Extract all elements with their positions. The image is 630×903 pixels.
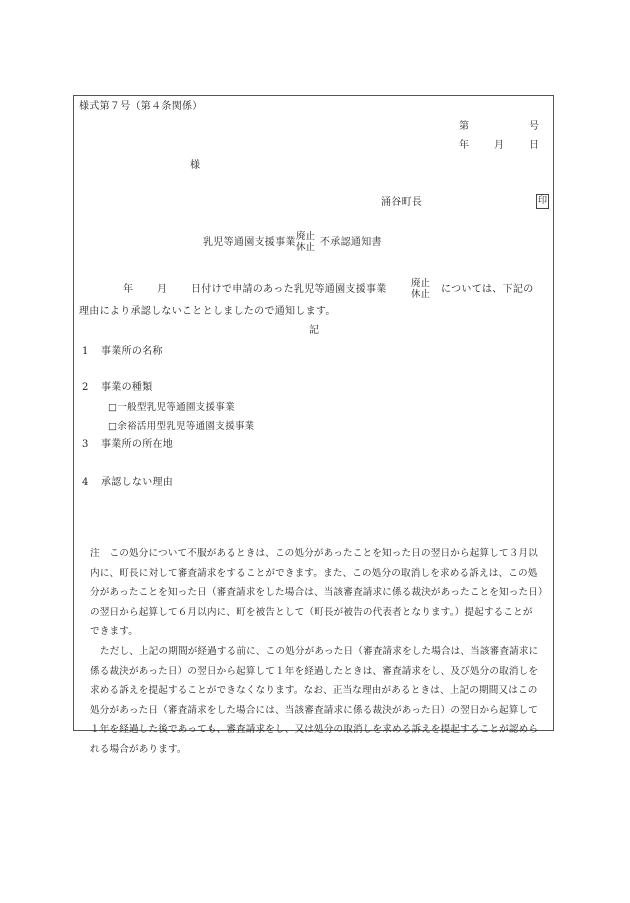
- item-2-label: 事業の種類: [101, 382, 153, 394]
- note-line: れる場合があります。: [90, 740, 550, 760]
- title-suffix: 不承認通知書: [320, 237, 382, 249]
- number-dai: 第: [459, 121, 469, 133]
- body-option-haishi: 廃止: [411, 278, 430, 289]
- date-year: 年: [459, 140, 469, 152]
- title-option-stack: 廃止 休止: [296, 231, 315, 253]
- note-line: 注 この処分について不服があるときは、この処分があったことを知った日の翌日から起…: [90, 544, 550, 564]
- issuer-name: 涌谷町長: [381, 197, 422, 209]
- body-text2: については、下記の: [441, 284, 534, 296]
- title-option-kyushi: 休止: [296, 242, 315, 253]
- item-3-num: 3: [82, 439, 89, 451]
- body-option-stack: 廃止 休止: [411, 278, 430, 300]
- title-option-haishi: 廃止: [296, 231, 315, 242]
- item-3-label: 事業所の所在地: [101, 439, 173, 451]
- item-1-label: 事業所の名称: [101, 346, 163, 358]
- note-line: 係る裁決があった日）の翌日から起算して１年を経過したときは、審査請求をし、及び処…: [90, 662, 550, 682]
- addressee-suffix: 様: [190, 160, 200, 172]
- appeal-notice: 注 この処分について不服があるときは、この処分があったことを知った日の翌日から起…: [90, 544, 550, 760]
- note-line: 処分があった日（審査請求をした場合には、当該審査請求に係る裁決があった日）の翌日…: [90, 701, 550, 721]
- checkbox-spare-capacity-type[interactable]: □余裕活用型乳児等通園支援事業: [108, 421, 254, 433]
- date-month: 月: [494, 140, 504, 152]
- note-line: 求める訴えを提起することができなくなります。なお、正当な理由があるときは、上記の…: [90, 681, 550, 701]
- note-line: の翌日から起算して６月以内に、町を被告として（町長が被告の代表者となります。）提…: [90, 603, 550, 623]
- number-go: 号: [529, 121, 539, 133]
- note-line: 分があったことを知った日（審査請求をした場合は、当該審査請求に係る裁決があったこ…: [90, 583, 550, 603]
- date-day: 日: [529, 140, 539, 152]
- checkbox-general-type[interactable]: □一般型乳児等通園支援事業: [108, 402, 235, 414]
- body-option-kyushi: 休止: [411, 289, 430, 300]
- body-year: 年: [123, 284, 133, 296]
- item-4-label: 承認しない理由: [101, 477, 173, 489]
- body-line2: 理由により承認しないこととしましたので通知します。: [79, 306, 336, 318]
- seal-stamp: 印: [536, 194, 549, 209]
- note-line: 内に、町長に対して審査請求をすることができます。また、この処分の取消しを求める訴…: [90, 564, 550, 584]
- item-1-num: 1: [82, 346, 89, 358]
- body-month: 月: [157, 284, 167, 296]
- note-line: できます。: [90, 622, 550, 642]
- note-line: ただし、上記の期間が経過する前に、この処分があった日（審査請求をした場合は、当該…: [90, 642, 550, 662]
- body-text1: 日付けで申請のあった乳児等通園支援事業: [191, 284, 387, 296]
- form-label: 様式第７号（第４条関係）: [79, 101, 203, 113]
- ki-heading: 記: [309, 325, 319, 337]
- item-2-num: 2: [82, 382, 89, 394]
- item-4-num: 4: [82, 477, 89, 489]
- title-prefix: 乳児等通園支援事業: [203, 237, 296, 249]
- note-line: １年を経過した後であっても、審査請求をし、又は処分の取消しを求める訴えを提起する…: [90, 720, 550, 740]
